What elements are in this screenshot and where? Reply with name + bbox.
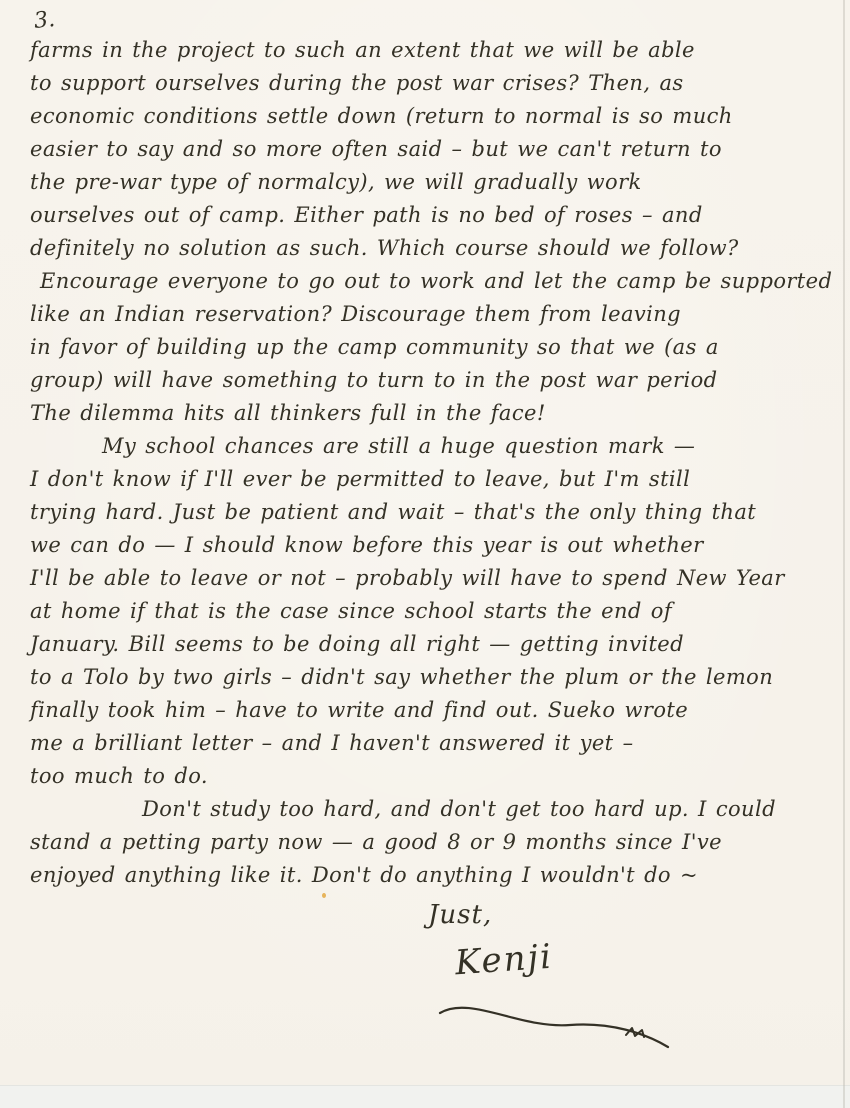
- letter-line: we can do — I should know before this ye…: [30, 529, 830, 562]
- letter-line: I'll be able to leave or not – probably …: [30, 562, 830, 595]
- letter-line: easier to say and so more often said – b…: [30, 133, 830, 166]
- letter-line: Don't study too hard, and don't get too …: [30, 793, 830, 826]
- letter-line: January. Bill seems to be doing all righ…: [30, 628, 830, 661]
- page-number: 3.: [33, 7, 56, 34]
- letter-line: Encourage everyone to go out to work and…: [30, 265, 830, 298]
- letter-line: My school chances are still a huge quest…: [30, 430, 830, 463]
- letter-line: stand a petting party now — a good 8 or …: [30, 826, 830, 859]
- letter-line: ourselves out of camp. Either path is no…: [30, 199, 830, 232]
- letter-line: group) will have something to turn to in…: [30, 364, 830, 397]
- letter-line: the pre-war type of normalcy), we will g…: [30, 166, 830, 199]
- letter-line: too much to do.: [30, 760, 830, 793]
- letter-line: at home if that is the case since school…: [30, 595, 830, 628]
- letter-line: definitely no solution as such. Which co…: [30, 232, 830, 265]
- letter-body: farms in the project to such an extent t…: [30, 34, 830, 892]
- letter-line: The dilemma hits all thinkers full in th…: [30, 397, 830, 430]
- letter-line: to a Tolo by two girls – didn't say whet…: [30, 661, 830, 694]
- letter-line: I don't know if I'll ever be permitted t…: [30, 463, 830, 496]
- letter-line: economic conditions settle down (return …: [30, 100, 830, 133]
- letter-line: farms in the project to such an extent t…: [30, 34, 830, 67]
- scanner-edge-strip: [0, 1085, 850, 1108]
- letter-line: to support ourselves during the post war…: [30, 67, 830, 100]
- letter-closing: Just,: [428, 900, 492, 930]
- signature-flourish-icon: [430, 985, 690, 1055]
- letter-line: in favor of building up the camp communi…: [30, 331, 830, 364]
- signature: Kenji: [454, 937, 554, 984]
- letter-line: trying hard. Just be patient and wait – …: [30, 496, 830, 529]
- letter-line: enjoyed anything like it. Don't do anyth…: [30, 859, 830, 892]
- letter-line: me a brilliant letter – and I haven't an…: [30, 727, 830, 760]
- paper-speck: [322, 893, 326, 898]
- letter-line: like an Indian reservation? Discourage t…: [30, 298, 830, 331]
- scanned-letter-page: 3. farms in the project to such an exten…: [0, 0, 850, 1108]
- letter-line: finally took him – have to write and fin…: [30, 694, 830, 727]
